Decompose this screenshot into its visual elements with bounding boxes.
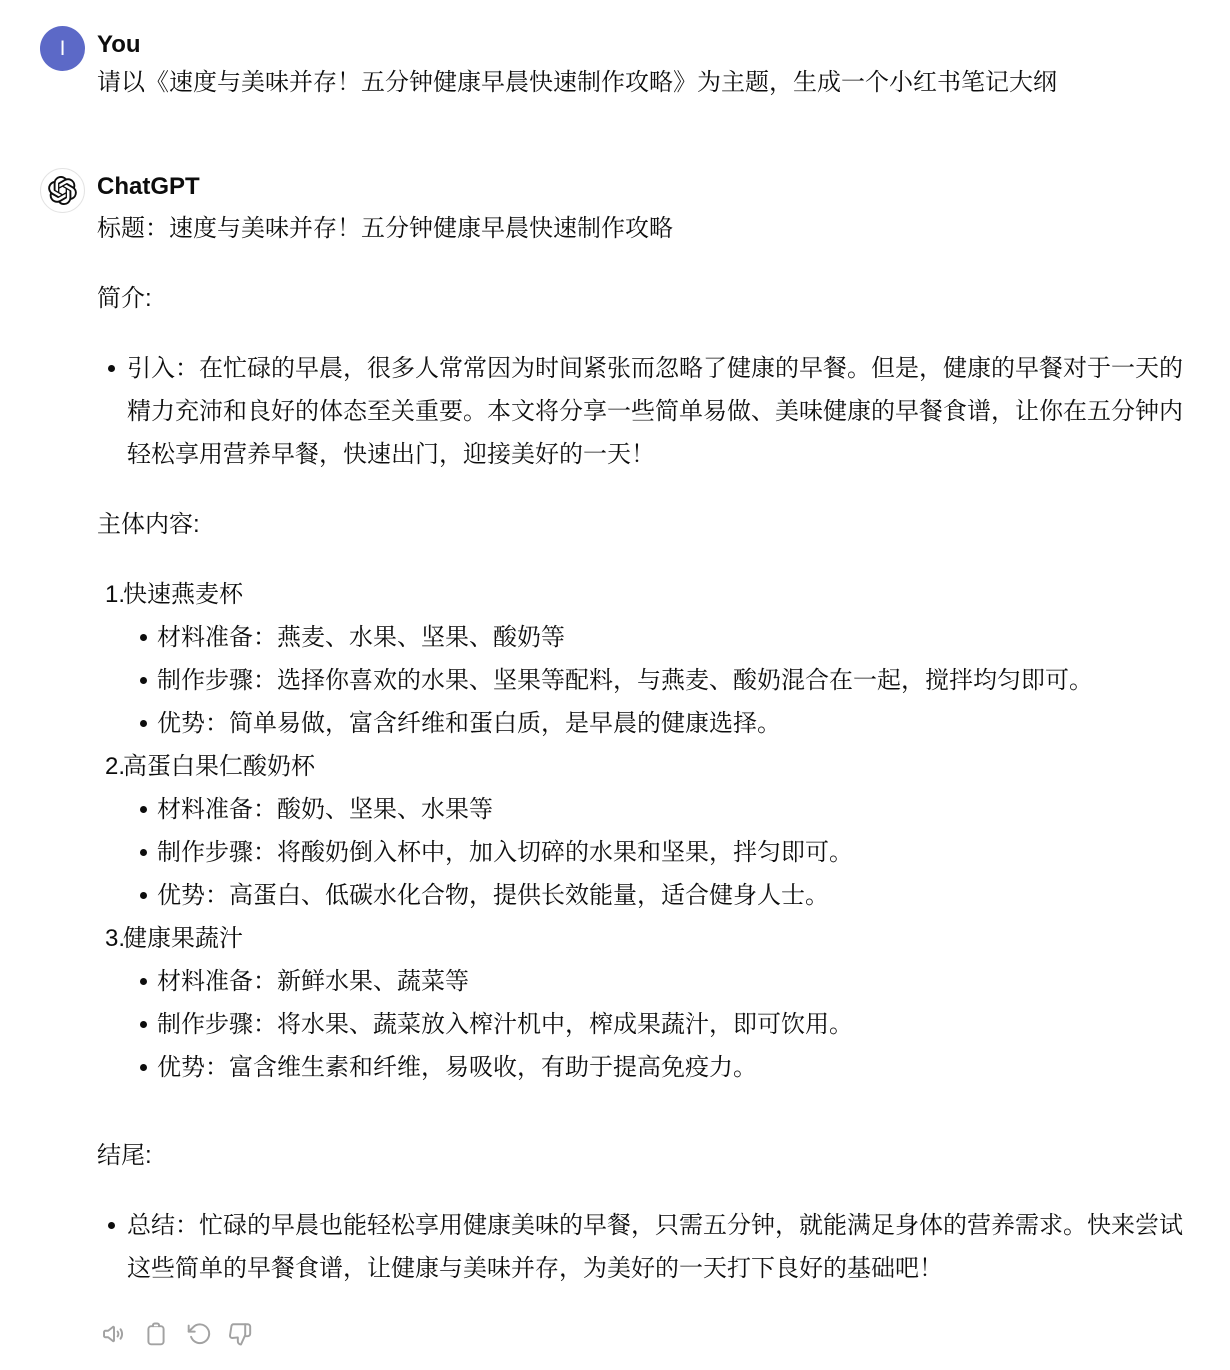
recipe-item-1: 快速燕麦杯 材料准备：燕麦、水果、坚果、酸奶等 制作步骤：选择你喜欢的水果、坚果… xyxy=(123,573,1195,745)
clipboard-icon xyxy=(143,1321,169,1347)
assistant-message-content: ChatGPT 标题：速度与美味并存！五分钟健康早晨快速制作攻略 简介: 引入：… xyxy=(97,168,1195,1347)
recipe-item-3: 健康果蔬汁 材料准备：新鲜水果、蔬菜等 制作步骤：将水果、蔬菜放入榨汁机中，榨成… xyxy=(123,917,1195,1089)
copy-button[interactable] xyxy=(142,1320,169,1347)
recipe-detail: 优势：简单易做，富含纤维和蛋白质，是早晨的健康选择。 xyxy=(157,702,1195,745)
regenerate-button[interactable] xyxy=(184,1320,211,1347)
user-message-text: 请以《速度与美味并存！五分钟健康早晨快速制作攻略》为主题，生成一个小红书笔记大纲 xyxy=(97,65,1195,101)
recipe-detail: 优势：高蛋白、低碳水化合物，提供长效能量，适合健身人士。 xyxy=(157,874,1195,917)
body-section-label: 主体内容: xyxy=(97,503,1195,546)
ending-section-label: 结尾: xyxy=(97,1134,1195,1177)
recipe-item-name: 快速燕麦杯 xyxy=(123,581,243,608)
recipe-item-details: 材料准备：酸奶、坚果、水果等 制作步骤：将酸奶倒入杯中，加入切碎的水果和坚果，拌… xyxy=(123,788,1195,917)
openai-logo-icon xyxy=(48,176,77,205)
ending-bullet-list: 总结：忙碌的早晨也能轻松享用健康美味的早餐，只需五分钟，就能满足身体的营养需求。… xyxy=(97,1204,1195,1290)
recipe-item-name: 高蛋白果仁酸奶杯 xyxy=(123,753,315,780)
recipe-list: 快速燕麦杯 材料准备：燕麦、水果、坚果、酸奶等 制作步骤：选择你喜欢的水果、坚果… xyxy=(97,573,1195,1089)
intro-section-label: 简介: xyxy=(97,277,1195,320)
recipe-detail: 材料准备：酸奶、坚果、水果等 xyxy=(157,788,1195,831)
chatgpt-avatar xyxy=(40,168,85,213)
recipe-detail: 优势：富含维生素和纤维，易吸收，有助于提高免疫力。 xyxy=(157,1046,1195,1089)
speaker-icon xyxy=(101,1321,127,1347)
recipe-item-2: 高蛋白果仁酸奶杯 材料准备：酸奶、坚果、水果等 制作步骤：将酸奶倒入杯中，加入切… xyxy=(123,745,1195,917)
ending-bullet: 总结：忙碌的早晨也能轻松享用健康美味的早餐，只需五分钟，就能满足身体的营养需求。… xyxy=(127,1204,1195,1290)
thumbs-down-icon xyxy=(227,1321,253,1347)
recipe-item-name: 健康果蔬汁 xyxy=(123,925,243,952)
recipe-item-details: 材料准备：燕麦、水果、坚果、酸奶等 制作步骤：选择你喜欢的水果、坚果等配料，与燕… xyxy=(123,616,1195,745)
recipe-detail: 制作步骤：将水果、蔬菜放入榨汁机中，榨成果蔬汁，即可饮用。 xyxy=(157,1003,1195,1046)
recipe-detail: 材料准备：燕麦、水果、坚果、酸奶等 xyxy=(157,616,1195,659)
regenerate-icon xyxy=(185,1321,211,1347)
user-role-name: You xyxy=(97,31,1195,59)
note-title-line: 标题：速度与美味并存！五分钟健康早晨快速制作攻略 xyxy=(97,207,1195,250)
bad-response-button[interactable] xyxy=(226,1320,253,1347)
user-avatar: I xyxy=(40,26,85,71)
assistant-role-name: ChatGPT xyxy=(97,173,1195,201)
user-message: I You 请以《速度与美味并存！五分钟健康早晨快速制作攻略》为主题，生成一个小… xyxy=(40,26,1195,101)
recipe-detail: 材料准备：新鲜水果、蔬菜等 xyxy=(157,960,1195,1003)
read-aloud-button[interactable] xyxy=(100,1320,127,1347)
recipe-item-details: 材料准备：新鲜水果、蔬菜等 制作步骤：将水果、蔬菜放入榨汁机中，榨成果蔬汁，即可… xyxy=(123,960,1195,1089)
recipe-detail: 制作步骤：选择你喜欢的水果、坚果等配料，与燕麦、酸奶混合在一起，搅拌均匀即可。 xyxy=(157,659,1195,702)
chat-container: I You 请以《速度与美味并存！五分钟健康早晨快速制作攻略》为主题，生成一个小… xyxy=(0,0,1230,1370)
intro-bullet: 引入：在忙碌的早晨，很多人常常因为时间紧张而忽略了健康的早餐。但是，健康的早餐对… xyxy=(127,347,1195,476)
assistant-message: ChatGPT 标题：速度与美味并存！五分钟健康早晨快速制作攻略 简介: 引入：… xyxy=(40,168,1195,1347)
intro-bullet-list: 引入：在忙碌的早晨，很多人常常因为时间紧张而忽略了健康的早餐。但是，健康的早餐对… xyxy=(97,347,1195,476)
message-action-bar xyxy=(97,1320,1195,1347)
user-avatar-letter: I xyxy=(60,37,66,61)
recipe-detail: 制作步骤：将酸奶倒入杯中，加入切碎的水果和坚果，拌匀即可。 xyxy=(157,831,1195,874)
user-message-content: You 请以《速度与美味并存！五分钟健康早晨快速制作攻略》为主题，生成一个小红书… xyxy=(97,26,1195,101)
assistant-markdown: 标题：速度与美味并存！五分钟健康早晨快速制作攻略 简介: 引入：在忙碌的早晨，很… xyxy=(97,207,1195,1290)
